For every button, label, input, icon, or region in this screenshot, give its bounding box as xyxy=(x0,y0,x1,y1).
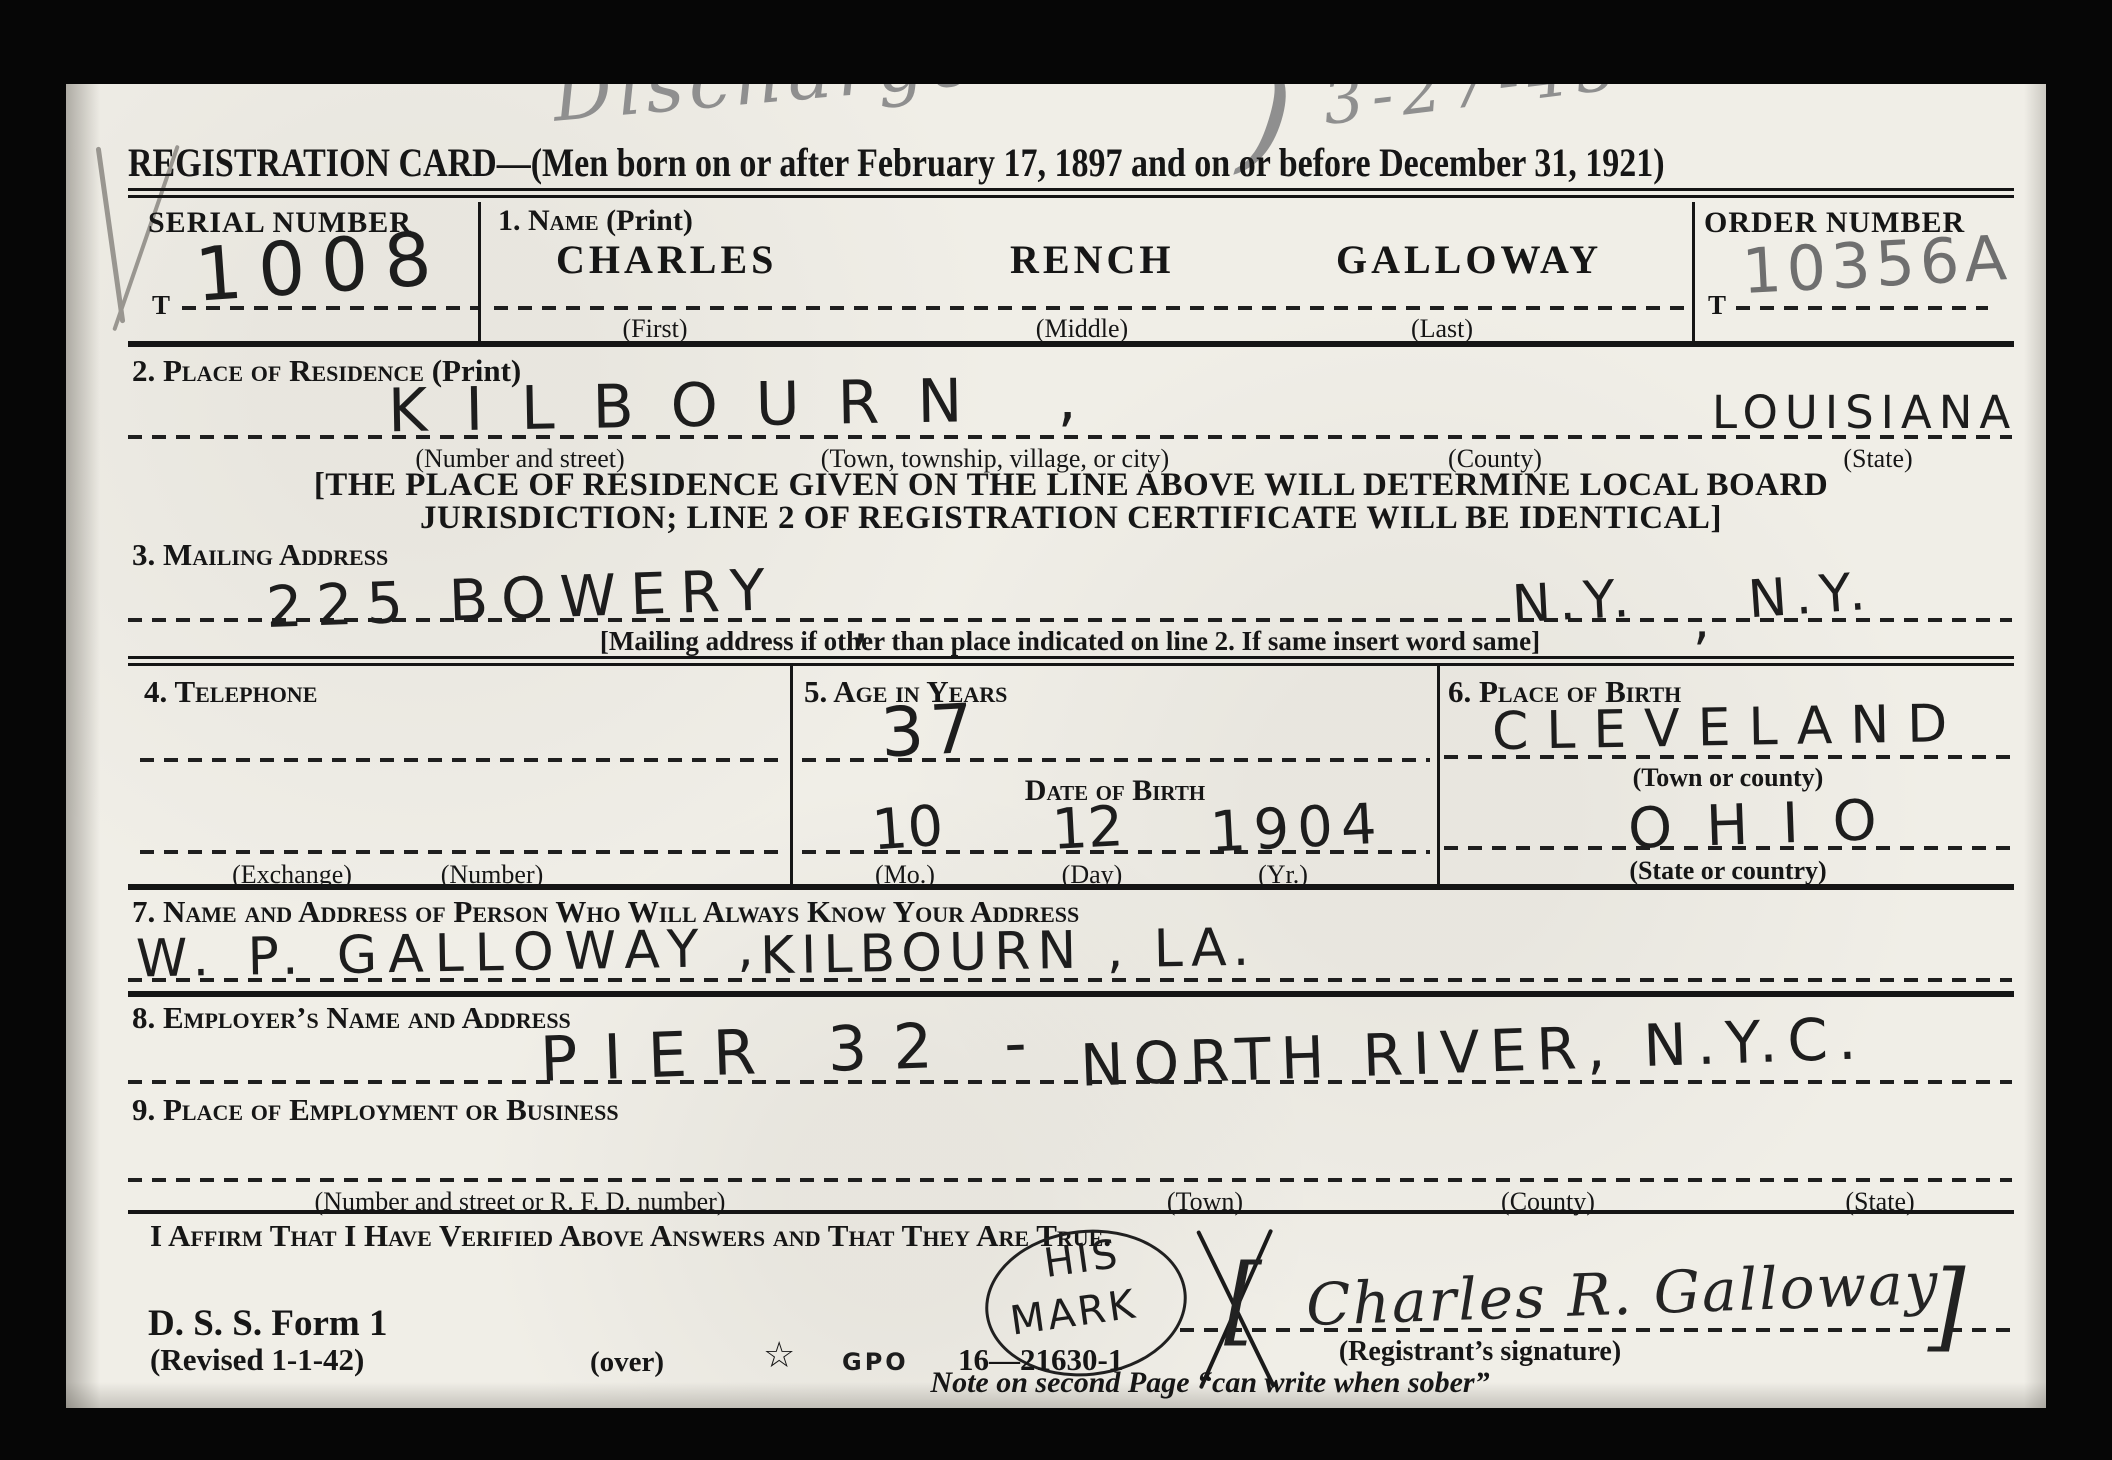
signature-bracket-right: ] xyxy=(1928,1250,1965,1362)
telephone-line xyxy=(140,758,782,762)
name-line xyxy=(494,306,1686,310)
over-label: (over) xyxy=(590,1346,664,1379)
divider xyxy=(128,188,2014,198)
employment-line xyxy=(128,1178,2012,1182)
residence-notice-line2: JURISDICTION; LINE 2 OF REGISTRATION CER… xyxy=(128,500,2014,537)
name-middle-caption: (Middle) xyxy=(1036,314,1128,344)
residence-notice-line1: [THE PLACE OF RESIDENCE GIVEN ON THE LIN… xyxy=(128,467,2014,504)
card-paper: Discharged ) 3-27-43 REGISTRATION CARD—(… xyxy=(66,84,2046,1408)
affirmation-text: I Affirm That I Have Verified Above Answ… xyxy=(150,1218,1111,1254)
mailing-line xyxy=(128,618,2012,622)
order-number-prefix: T xyxy=(1708,290,1726,321)
employment-label: 9. Place of Employment or Business xyxy=(132,1092,619,1128)
residence-town-value: KILBOURN , xyxy=(387,364,1115,447)
pencil-discharged-note: Discharged xyxy=(549,84,1033,139)
second-page-note: Note on second Page “can write when sobe… xyxy=(930,1366,1489,1400)
name-first-value: CHARLES xyxy=(556,236,777,283)
birthplace-state-value: OHIO xyxy=(1627,787,1912,862)
form-number: D. S. S. Form 1 xyxy=(148,1302,387,1345)
scanned-registration-card: Discharged ) 3-27-43 REGISTRATION CARD—(… xyxy=(0,0,2112,1460)
serial-number-value: 1008 xyxy=(192,215,450,318)
divider xyxy=(790,666,793,884)
signature-bracket-left: [ xyxy=(1224,1244,1261,1356)
contact-line xyxy=(128,978,2012,982)
divider xyxy=(128,884,2014,890)
divider xyxy=(1437,666,1440,884)
name-middle-value: RENCH xyxy=(1010,236,1174,283)
name-last-value: GALLOWAY xyxy=(1336,236,1602,283)
dob-year-value: 1904 xyxy=(1208,791,1386,865)
residence-line xyxy=(128,435,2012,439)
age-line xyxy=(802,758,1430,762)
order-number-value: 10356A xyxy=(1740,221,2013,308)
name-label: 1. Name (Print) xyxy=(498,204,693,238)
name-first-caption: (First) xyxy=(623,314,688,344)
pencil-checkmark xyxy=(96,147,126,324)
registrant-signature: Charles R. Galloway xyxy=(1305,1249,1941,1339)
serial-number-prefix: T xyxy=(152,290,170,321)
name-label-text: 1. Name xyxy=(498,204,599,237)
dob-line xyxy=(802,850,1430,854)
divider xyxy=(1692,202,1695,341)
pencil-discharged-date: 3-27-43 xyxy=(1319,84,1629,140)
divider xyxy=(128,656,2014,666)
name-last-caption: (Last) xyxy=(1411,314,1473,344)
mailing-caption: [Mailing address if other than place ind… xyxy=(600,626,1540,657)
star-icon: ☆ xyxy=(763,1334,795,1376)
birthplace-town-caption: (Town or county) xyxy=(1633,763,1824,793)
employer-value-part2: NORTH RIVER, N.Y.C. xyxy=(1079,1004,1867,1099)
mailing-label: 3. Mailing Address xyxy=(132,537,388,573)
signature-caption: (Registrant’s signature) xyxy=(1339,1336,1621,1368)
divider xyxy=(128,991,2014,997)
page-title: REGISTRATION CARD—(Men born on or after … xyxy=(128,139,1665,186)
birthplace-state-caption: (State or country) xyxy=(1629,856,1826,886)
contact-place-value: KILBOURN , LA. xyxy=(760,918,1257,987)
serial-number-line xyxy=(182,306,478,310)
employer-label: 8. Employer’s Name and Address xyxy=(132,1000,571,1036)
divider xyxy=(128,1210,2014,1214)
order-number-line xyxy=(1736,306,1988,310)
birthplace-state-line xyxy=(1444,846,2012,850)
divider xyxy=(478,202,481,341)
form-revision: (Revised 1-1-42) xyxy=(150,1342,364,1378)
birthplace-town-value: CLEVELAND xyxy=(1492,694,1966,762)
residence-label-text: 2. Place of Residence xyxy=(132,353,424,388)
name-label-suffix: (Print) xyxy=(606,204,693,237)
telephone-line xyxy=(140,850,782,854)
divider xyxy=(128,341,2014,347)
employer-line xyxy=(128,1080,2012,1084)
telephone-label: 4. Telephone xyxy=(144,674,317,710)
gpo-label: GPO xyxy=(842,1348,909,1376)
birthplace-town-line xyxy=(1444,755,2012,759)
residence-state-value: LOUISIANA xyxy=(1712,386,2017,439)
